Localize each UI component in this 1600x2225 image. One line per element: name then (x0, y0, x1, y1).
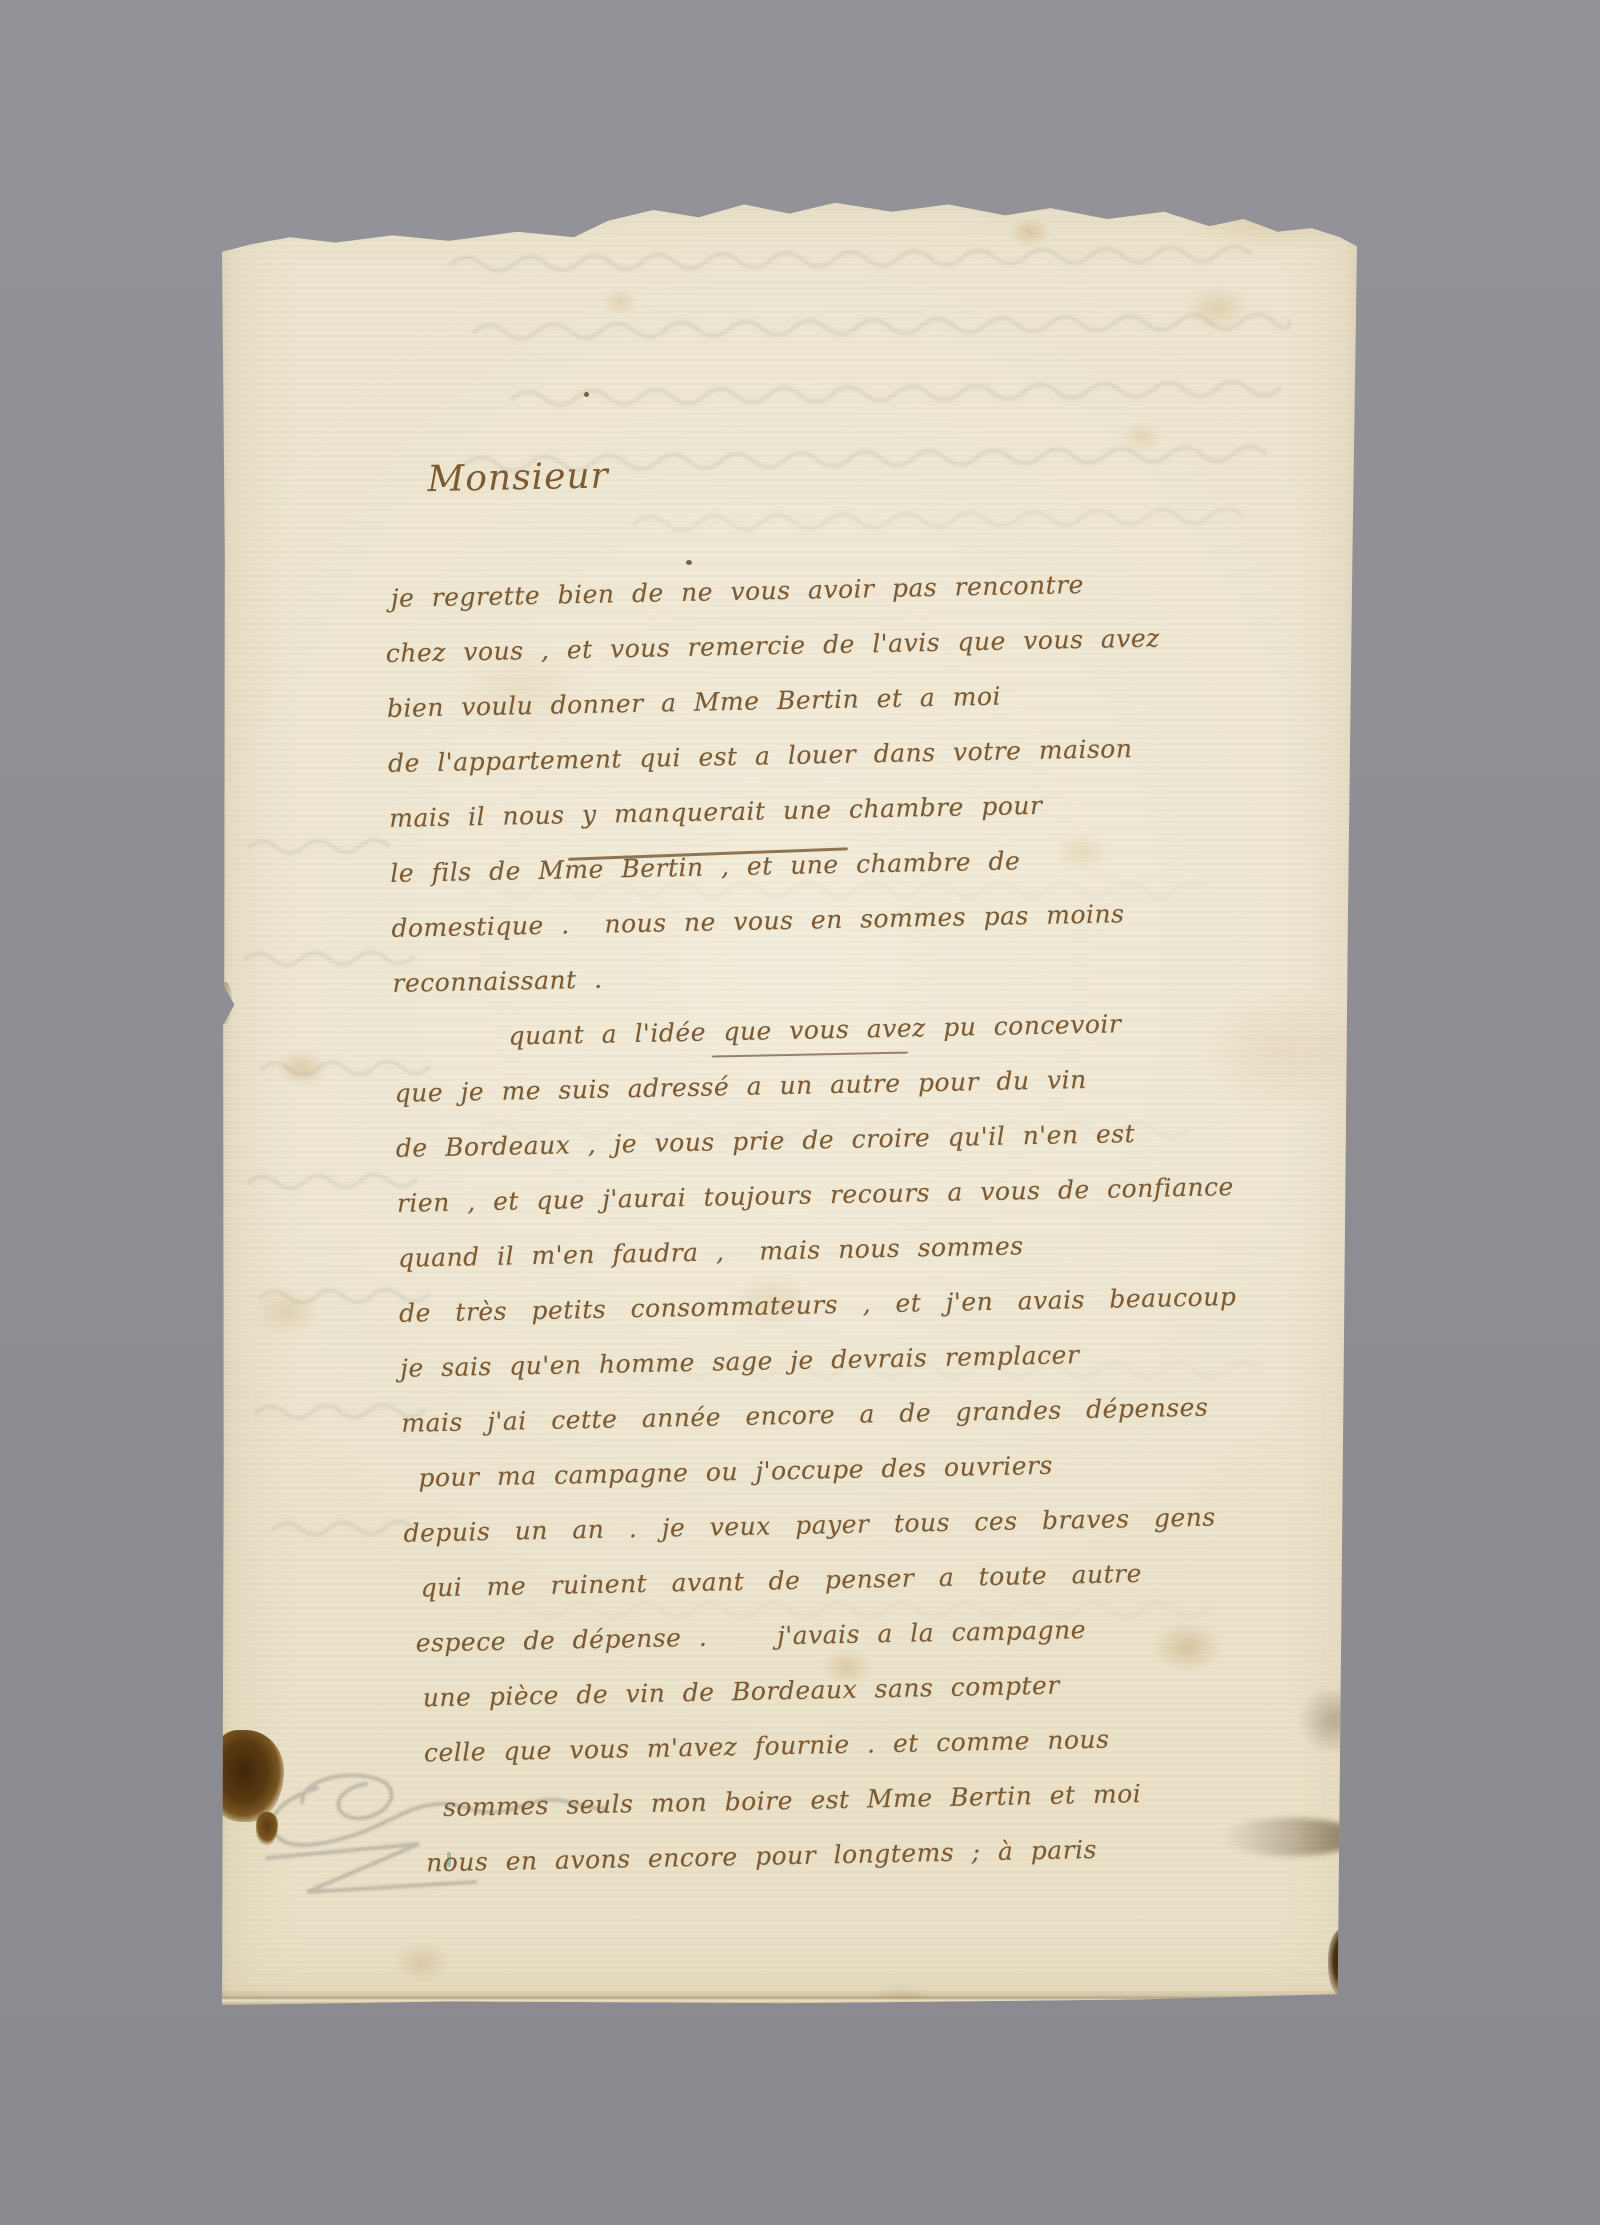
edge-tear (220, 982, 232, 1024)
salutation: Monsieur (427, 442, 1283, 500)
wax-stain-left (210, 1730, 284, 1822)
letter-body: Monsieur je regrette bien de ne vous avo… (382, 442, 1311, 1891)
wax-stain-left-tail (256, 1812, 278, 1846)
ink-speck (584, 392, 589, 397)
photo-background: Monsieur je regrette bien de ne vous avo… (0, 0, 1600, 2225)
letter-page: Monsieur je regrette bien de ne vous avo… (222, 190, 1357, 2005)
stacked-sheet-edge (222, 1989, 1357, 2005)
